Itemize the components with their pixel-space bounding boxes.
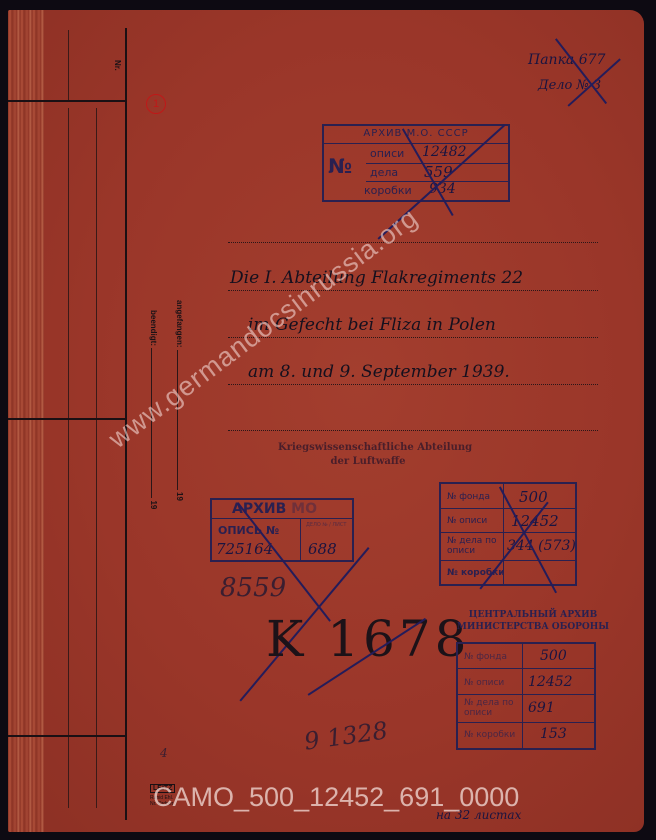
central-archive-line-1: ЦЕНТРАЛЬНЫЙ АРХИВ [448, 610, 618, 620]
archive-stamp-small: АРХИВ МО ОПИСЬ № ДЕЛО № / ЛИСТ 725164 68… [210, 498, 354, 562]
beendigt-year: 19 [149, 500, 158, 509]
issuer-line-1: Kriegswissenschaftliche Abteilung [278, 442, 458, 453]
number-sign: № [328, 154, 352, 178]
opisi-value: 12482 [422, 144, 467, 160]
k-number: K 1678 [266, 610, 471, 668]
central-archive-stamp: № фонда 500 № описи 12452 № дела по опис… [456, 642, 596, 750]
stamp-divider [522, 644, 523, 748]
stamp-rule [458, 668, 594, 669]
issuer-line-2: der Luftwaffe [278, 456, 458, 467]
stamp-right-value: 688 [308, 540, 337, 558]
angefangen-year: 19 [175, 492, 184, 501]
column-line [96, 108, 97, 808]
angefangen-text: angefangen: [175, 300, 184, 348]
row-divider [8, 100, 127, 102]
stamp-rule [441, 560, 575, 561]
fond-label: № фонда [464, 652, 507, 662]
opis-value: 725164 [216, 540, 273, 558]
rule [228, 337, 598, 338]
number-bottom: 9 1328 [302, 716, 389, 755]
central-archive-line-2: МИНИСТЕРСТВА ОБОРОНЫ [448, 622, 618, 632]
opisi-label: описи [370, 147, 404, 160]
stamp-header-faded: МО [291, 501, 317, 517]
opisi-label: № описи [447, 516, 487, 526]
stamp-tiny-text: ДЕЛО № / ЛИСТ [306, 522, 346, 528]
fond-stamp-1: № фонда 500 № описи 12452 № дела по опис… [439, 482, 577, 586]
dela-label: № дела по описи [447, 536, 503, 556]
nr-label: Nr. [113, 60, 122, 71]
korobki-label: № коробки [464, 730, 515, 740]
rule [228, 384, 598, 385]
opisi-label: № описи [464, 678, 504, 688]
dela-label: № дела по описи [464, 698, 520, 718]
opisi-value: 12452 [528, 674, 573, 690]
angefangen-line [177, 350, 178, 490]
stamp-divider [300, 518, 301, 560]
stamp-rule [441, 508, 575, 509]
column-line [68, 30, 69, 100]
fond-value: 500 [519, 488, 548, 506]
fond-value: 500 [540, 648, 567, 664]
dela-value: 691 [528, 700, 555, 716]
row-divider [8, 735, 127, 737]
fond-label: № фонда [447, 492, 490, 502]
stamp-rule [458, 694, 594, 695]
rule [228, 242, 598, 243]
archive-stamp-mo-ussr: АРХИВ М.О. СССР № описи 12482 дела 559 к… [322, 124, 510, 202]
row-divider [8, 418, 127, 420]
korobki-label: коробки [364, 184, 412, 197]
footer-id: CAMO_500_12452_691_0000 [153, 782, 519, 813]
opis-label: ОПИСЬ № [218, 524, 279, 537]
red-pencil-mark: 1 [146, 94, 166, 114]
korobki-value: 153 [540, 726, 567, 742]
beendigt-text: beendigt: [149, 310, 158, 346]
stamp-rule [458, 722, 594, 723]
dela-label: дела [370, 166, 398, 179]
stamp-header: АРХИВ М.О. СССР [324, 128, 508, 139]
title-line-3: am 8. und 9. September 1939. [248, 362, 510, 382]
small-number: 4 [160, 746, 168, 760]
folder-cover: Nr. angefangen: 19 beendigt: 19 1 Папка … [8, 10, 644, 832]
title-line-1: Die I. Abteilung Flakregiments 22 [230, 268, 523, 288]
spine-edge [8, 10, 44, 832]
stamp-header: АРХИВ МО [232, 501, 317, 517]
rule [228, 290, 598, 291]
stamp-rule [441, 532, 575, 533]
stamp-rule [212, 518, 352, 519]
column-line [68, 108, 69, 808]
rule [228, 430, 598, 431]
number-8559: 8559 [220, 573, 286, 603]
